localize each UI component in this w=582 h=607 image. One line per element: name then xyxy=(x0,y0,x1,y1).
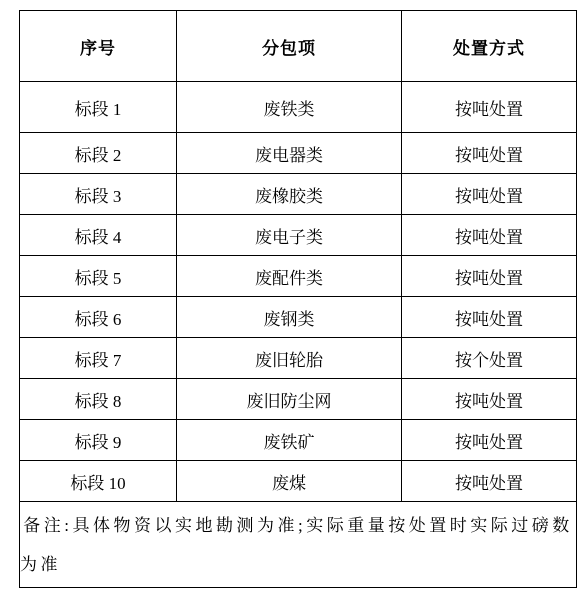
table-body: 标段 1废铁类按吨处置标段 2废电器类按吨处置标段 3废橡胶类按吨处置标段 4废… xyxy=(20,82,577,502)
table-cell: 标段 10 xyxy=(20,461,177,502)
subcontract-disposal-table: 序号分包项处置方式 标段 1废铁类按吨处置标段 2废电器类按吨处置标段 3废橡胶… xyxy=(19,10,577,588)
column-header: 序号 xyxy=(20,11,177,82)
table-cell: 标段 5 xyxy=(20,256,177,297)
table-cell: 废电子类 xyxy=(177,215,402,256)
table-cell: 废电器类 xyxy=(177,133,402,174)
table-cell: 废铁矿 xyxy=(177,420,402,461)
document-page: 序号分包项处置方式 标段 1废铁类按吨处置标段 2废电器类按吨处置标段 3废橡胶… xyxy=(0,0,582,607)
table-cell: 按吨处置 xyxy=(402,420,577,461)
table-row: 标段 1废铁类按吨处置 xyxy=(20,82,577,133)
table-cell: 按吨处置 xyxy=(402,297,577,338)
table-cell: 标段 4 xyxy=(20,215,177,256)
table-row: 标段 8废旧防尘网按吨处置 xyxy=(20,379,577,420)
table-cell: 标段 8 xyxy=(20,379,177,420)
table-cell: 按个处置 xyxy=(402,338,577,379)
table-cell: 按吨处置 xyxy=(402,174,577,215)
table-row: 标段 2废电器类按吨处置 xyxy=(20,133,577,174)
table-cell: 按吨处置 xyxy=(402,215,577,256)
column-header: 分包项 xyxy=(177,11,402,82)
table-note-row: 备注:具体物资以实地勘测为准;实际重量按处置时实际过磅数为准 xyxy=(20,502,577,588)
table-cell: 按吨处置 xyxy=(402,461,577,502)
table-note: 备注:具体物资以实地勘测为准;实际重量按处置时实际过磅数为准 xyxy=(20,502,577,588)
table-cell: 废旧轮胎 xyxy=(177,338,402,379)
table-row: 标段 10废煤按吨处置 xyxy=(20,461,577,502)
table-cell: 标段 6 xyxy=(20,297,177,338)
table-header-row: 序号分包项处置方式 xyxy=(20,11,577,82)
table-cell: 废钢类 xyxy=(177,297,402,338)
table-cell: 标段 1 xyxy=(20,82,177,133)
table-cell: 标段 7 xyxy=(20,338,177,379)
table-cell: 废旧防尘网 xyxy=(177,379,402,420)
table-row: 标段 6废钢类按吨处置 xyxy=(20,297,577,338)
table-cell: 按吨处置 xyxy=(402,82,577,133)
table-cell: 废配件类 xyxy=(177,256,402,297)
table-cell: 标段 9 xyxy=(20,420,177,461)
table-cell: 废铁类 xyxy=(177,82,402,133)
table-row: 标段 3废橡胶类按吨处置 xyxy=(20,174,577,215)
table-cell: 废橡胶类 xyxy=(177,174,402,215)
table-row: 标段 9废铁矿按吨处置 xyxy=(20,420,577,461)
table-row: 标段 4废电子类按吨处置 xyxy=(20,215,577,256)
column-header: 处置方式 xyxy=(402,11,577,82)
table-cell: 标段 3 xyxy=(20,174,177,215)
table-cell: 按吨处置 xyxy=(402,256,577,297)
table-row: 标段 5废配件类按吨处置 xyxy=(20,256,577,297)
table-cell: 废煤 xyxy=(177,461,402,502)
table-cell: 按吨处置 xyxy=(402,133,577,174)
table-row: 标段 7废旧轮胎按个处置 xyxy=(20,338,577,379)
table-cell: 按吨处置 xyxy=(402,379,577,420)
table-cell: 标段 2 xyxy=(20,133,177,174)
